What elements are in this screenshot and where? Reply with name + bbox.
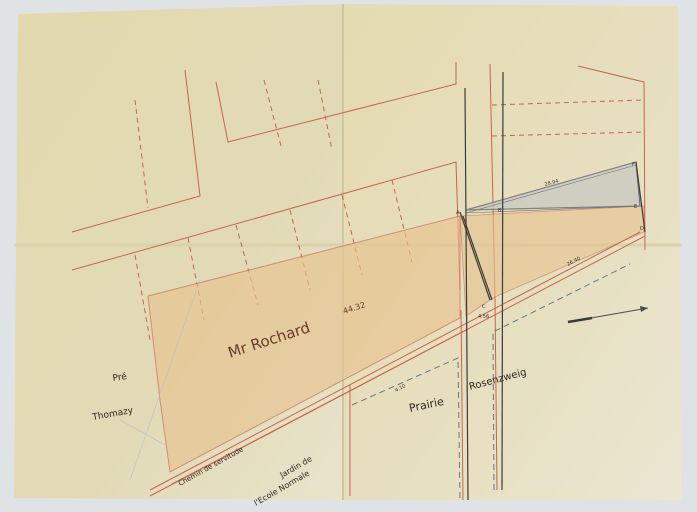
svg-text:A: A (456, 210, 460, 216)
label-pre: Pré (112, 371, 128, 384)
svg-text:C: C (482, 304, 486, 310)
measure-small: 4.56 (478, 314, 489, 320)
cadastral-plan: A B F E D C 28.94 26.40 4.10 4.56 44.32 … (0, 0, 697, 512)
svg-text:E: E (634, 204, 637, 210)
svg-text:B: B (498, 208, 502, 214)
svg-text:F: F (632, 162, 635, 168)
svg-text:D: D (640, 226, 644, 232)
